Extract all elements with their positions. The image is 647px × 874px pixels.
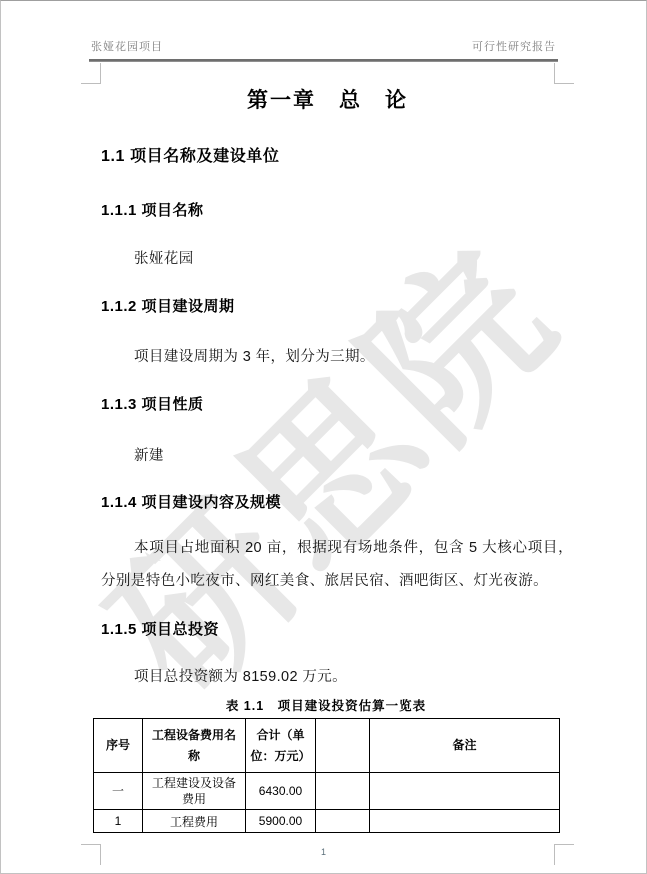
document-page: 研思院 张娅花园项目 可行性研究报告 第一章 总 论 1.1 项目名称及建设单位… xyxy=(0,0,647,874)
heading-1-1-3: 1.1.3 项目性质 xyxy=(101,393,204,414)
paragraph-project-name: 张娅花园 xyxy=(101,247,573,268)
paragraph-construction-period: 项目建设周期为 3 年，划分为三期。 xyxy=(101,345,573,366)
heading-1-1-1: 1.1.1 项目名称 xyxy=(101,199,204,220)
col-header-remarks: 备注 xyxy=(370,719,560,773)
heading-1-1-4: 1.1.4 项目建设内容及规模 xyxy=(101,491,281,512)
cell-remarks xyxy=(370,773,560,810)
table-caption: 表 1.1 项目建设投资估算一览表 xyxy=(93,696,559,714)
chapter-title: 第一章 总 论 xyxy=(101,84,554,114)
paragraph-total-investment: 项目总投资额为 8159.02 万元。 xyxy=(101,665,573,686)
document-body: 第一章 总 论 1.1 项目名称及建设单位 1.1.1 项目名称 张娅花园 1.… xyxy=(1,1,646,873)
heading-1-1-5: 1.1.5 项目总投资 xyxy=(101,618,219,639)
page-number: 1 xyxy=(1,847,646,857)
paragraph-scale: 本项目占地面积 20 亩，根据现有场地条件，包含 5 大核心项目，分别是特色小吃… xyxy=(101,532,573,598)
table-header-row: 序号 工程设备费用名称 合计（单位：万元） 备注 xyxy=(94,719,560,773)
cell-seq: 1 xyxy=(94,810,143,833)
col-header-cost-name: 工程设备费用名称 xyxy=(143,719,246,773)
col-header-blank xyxy=(316,719,370,773)
cell-total: 6430.00 xyxy=(246,773,316,810)
table-row: 一 工程建设及设备费用 6430.00 xyxy=(94,773,560,810)
heading-1-1: 1.1 项目名称及建设单位 xyxy=(101,143,280,166)
cell-seq: 一 xyxy=(94,773,143,810)
table-row: 1 工程费用 5900.00 xyxy=(94,810,560,833)
paragraph-project-nature: 新建 xyxy=(101,444,573,465)
cell-blank xyxy=(316,773,370,810)
cell-remarks xyxy=(370,810,560,833)
heading-1-1-2: 1.1.2 项目建设周期 xyxy=(101,295,235,316)
col-header-total: 合计（单位：万元） xyxy=(246,719,316,773)
cell-total: 5900.00 xyxy=(246,810,316,833)
cell-blank xyxy=(316,810,370,833)
cell-cost-name: 工程建设及设备费用 xyxy=(143,773,246,810)
investment-estimate-table: 序号 工程设备费用名称 合计（单位：万元） 备注 一 工程建设及设备费用 643… xyxy=(93,718,560,833)
col-header-seq: 序号 xyxy=(94,719,143,773)
cell-cost-name: 工程费用 xyxy=(143,810,246,833)
